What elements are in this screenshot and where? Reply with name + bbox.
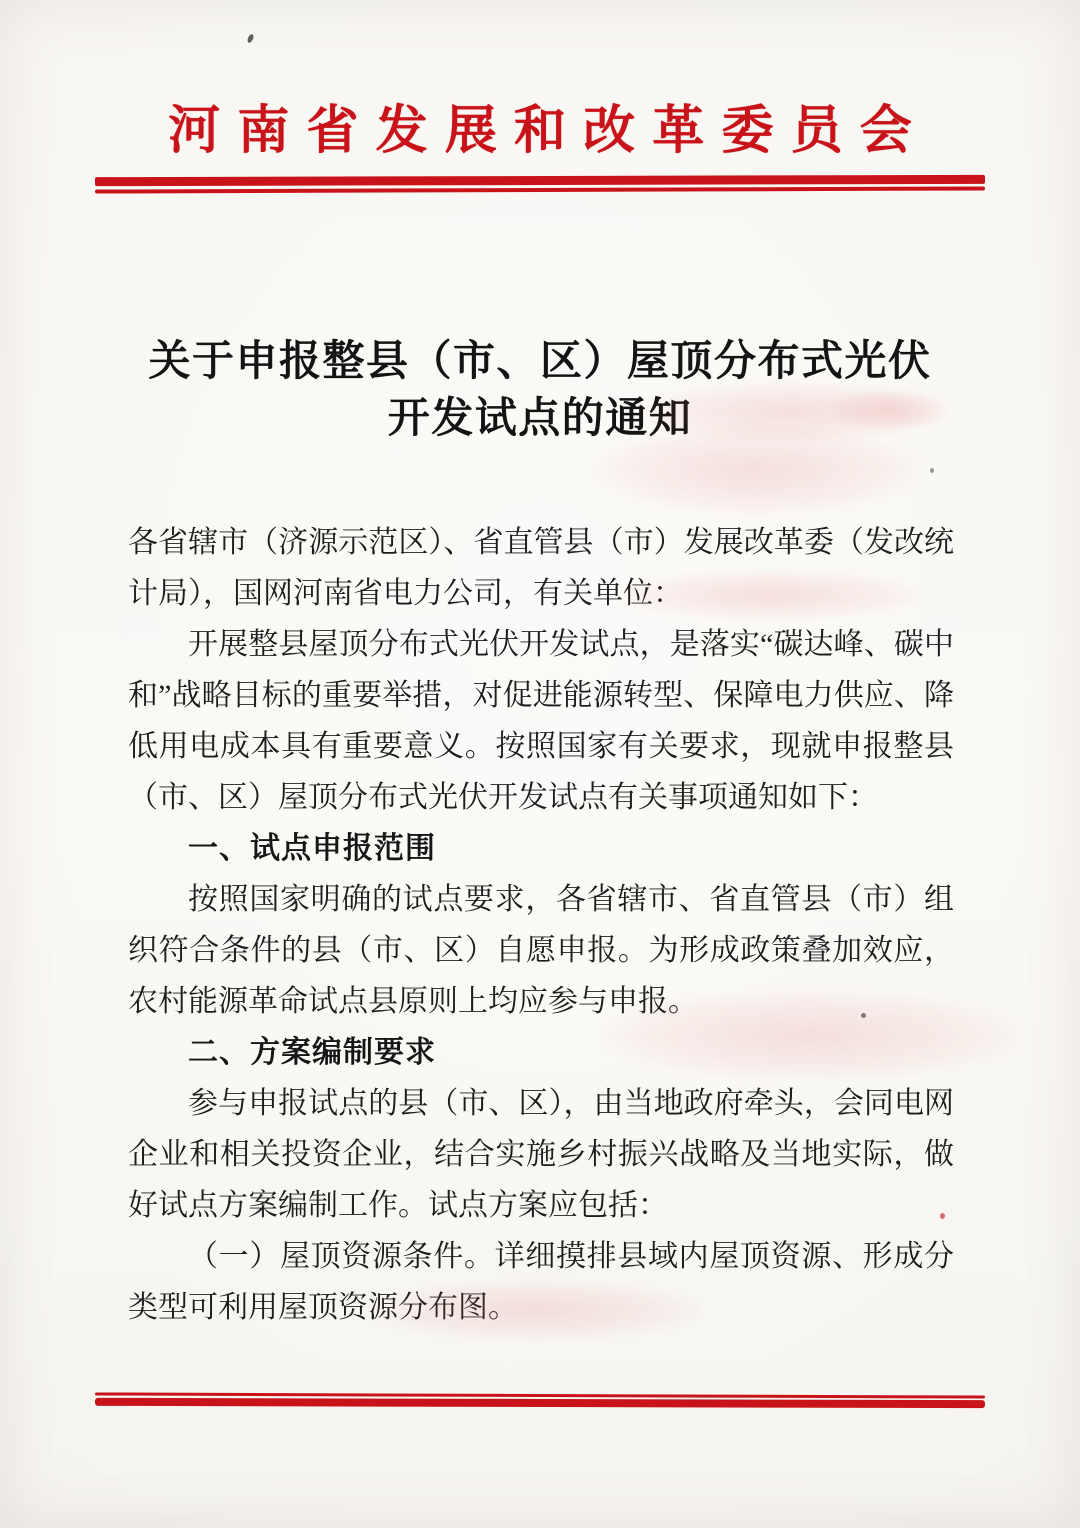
letterhead-org-name: 河南省发展和改革委员会 — [0, 88, 1080, 163]
section2-heading: 二、方案编制要求 — [128, 1027, 954, 1078]
section1-paragraph: 按照国家明确的试点要求，各省辖市、省直管县（市）组织符合条件的县（市、区）自愿申… — [128, 874, 954, 1027]
document-title-line2: 开发试点的通知 — [0, 391, 1080, 448]
intro-paragraph: 开展整县屋顶分布式光伏开发试点，是落实“碳达峰、碳中和”战略目标的重要举措，对促… — [128, 619, 954, 823]
document-body: 各省辖市（济源示范区）、省直管县（市）发展改革委（发改统计局），国网河南省电力公… — [128, 517, 954, 1333]
scan-speck — [930, 468, 934, 473]
footer-divider-thick-line — [95, 1398, 985, 1408]
section1-heading: 一、试点申报范围 — [128, 823, 954, 874]
section2-paragraph: 参与申报试点的县（市、区），由当地政府牵头，会同电网企业和相关投资企业，结合实施… — [128, 1078, 954, 1231]
salutation-paragraph: 各省辖市（济源示范区）、省直管县（市）发展改革委（发改统计局），国网河南省电力公… — [128, 517, 954, 619]
document-title: 关于申报整县（市、区）屋顶分布式光伏 开发试点的通知 — [0, 334, 1080, 448]
letterhead-divider — [95, 176, 985, 192]
document-title-line1: 关于申报整县（市、区）屋顶分布式光伏 — [0, 334, 1080, 391]
scan-speck — [246, 33, 254, 43]
section2-item1-paragraph: （一）屋顶资源条件。详细摸排县域内屋顶资源、形成分类型可利用屋顶资源分布图。 — [128, 1231, 954, 1333]
footer-divider — [95, 1394, 985, 1407]
scanned-notice-page: 河南省发展和改革委员会 关于申报整县（市、区）屋顶分布式光伏 开发试点的通知 各… — [0, 0, 1080, 1528]
